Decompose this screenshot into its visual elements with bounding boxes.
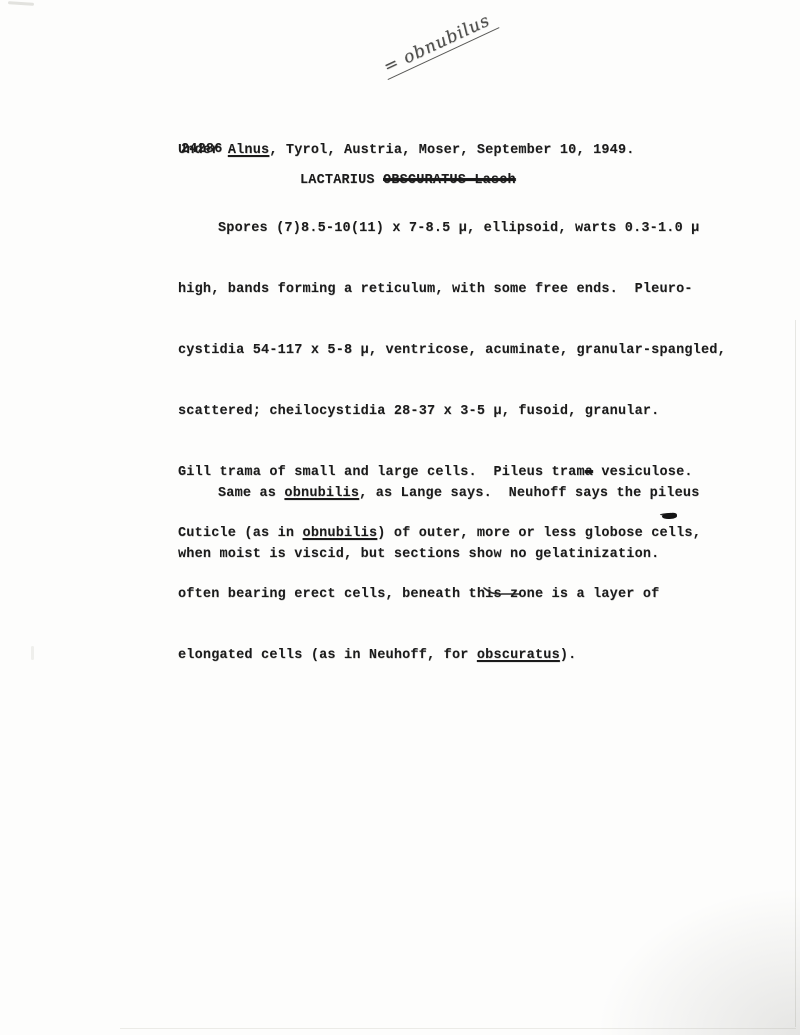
pen-stroke-mark: [482, 584, 522, 600]
header-row: 24286 LACTARIUS OBSCURATUS Lasch: [0, 103, 800, 134]
text-line: high, bands forming a reticulum, with so…: [178, 274, 738, 305]
text-segment: ).: [560, 648, 577, 663]
underlined-term: obnubilis: [284, 486, 359, 501]
text-segment: Same as: [218, 486, 284, 501]
text-line: Spores (7)8.5-10(11) x 7-8.5 µ, ellipsoi…: [178, 213, 738, 244]
description-paragraph: Spores (7)8.5-10(11) x 7-8.5 µ, ellipsoi…: [178, 183, 738, 701]
text-line: scattered; cheilocystidia 28-37 x 3-5 µ,…: [178, 396, 738, 427]
handwritten-annotation: = obnubilus: [379, 8, 500, 80]
text-line: Same as obnubilis, as Lange says. Neuhof…: [178, 478, 738, 509]
scan-margin-mark: [31, 646, 34, 660]
text-segment: elongated cells (as in Neuhoff, for: [178, 648, 477, 663]
text-segment: , as Lange says. Neuhoff says the pileus: [359, 486, 699, 501]
underlined-term: obscuratus: [477, 648, 560, 663]
text-line: elongated cells (as in Neuhoff, for obsc…: [178, 640, 738, 671]
text-line: when moist is viscid, but sections show …: [178, 539, 738, 570]
collection-post: , Tyrol, Austria, Moser, September 10, 1…: [269, 143, 634, 158]
collection-pre: Under: [178, 143, 228, 158]
scan-edge-bottom: [120, 1028, 796, 1029]
document-page: = obnubilus 24286 LACTARIUS OBSCURATUS L…: [0, 0, 800, 1035]
remarks-paragraph: Same as obnubilis, as Lange says. Neuhof…: [178, 448, 738, 600]
collection-line: Under Alnus, Tyrol, Austria, Moser, Sept…: [178, 135, 635, 166]
scan-edge-right: [795, 320, 796, 1027]
host-genus-underlined: Alnus: [228, 143, 270, 158]
scan-speck: [8, 1, 34, 6]
text-line: cystidia 54-117 x 5-8 µ, ventricose, acu…: [178, 335, 738, 366]
